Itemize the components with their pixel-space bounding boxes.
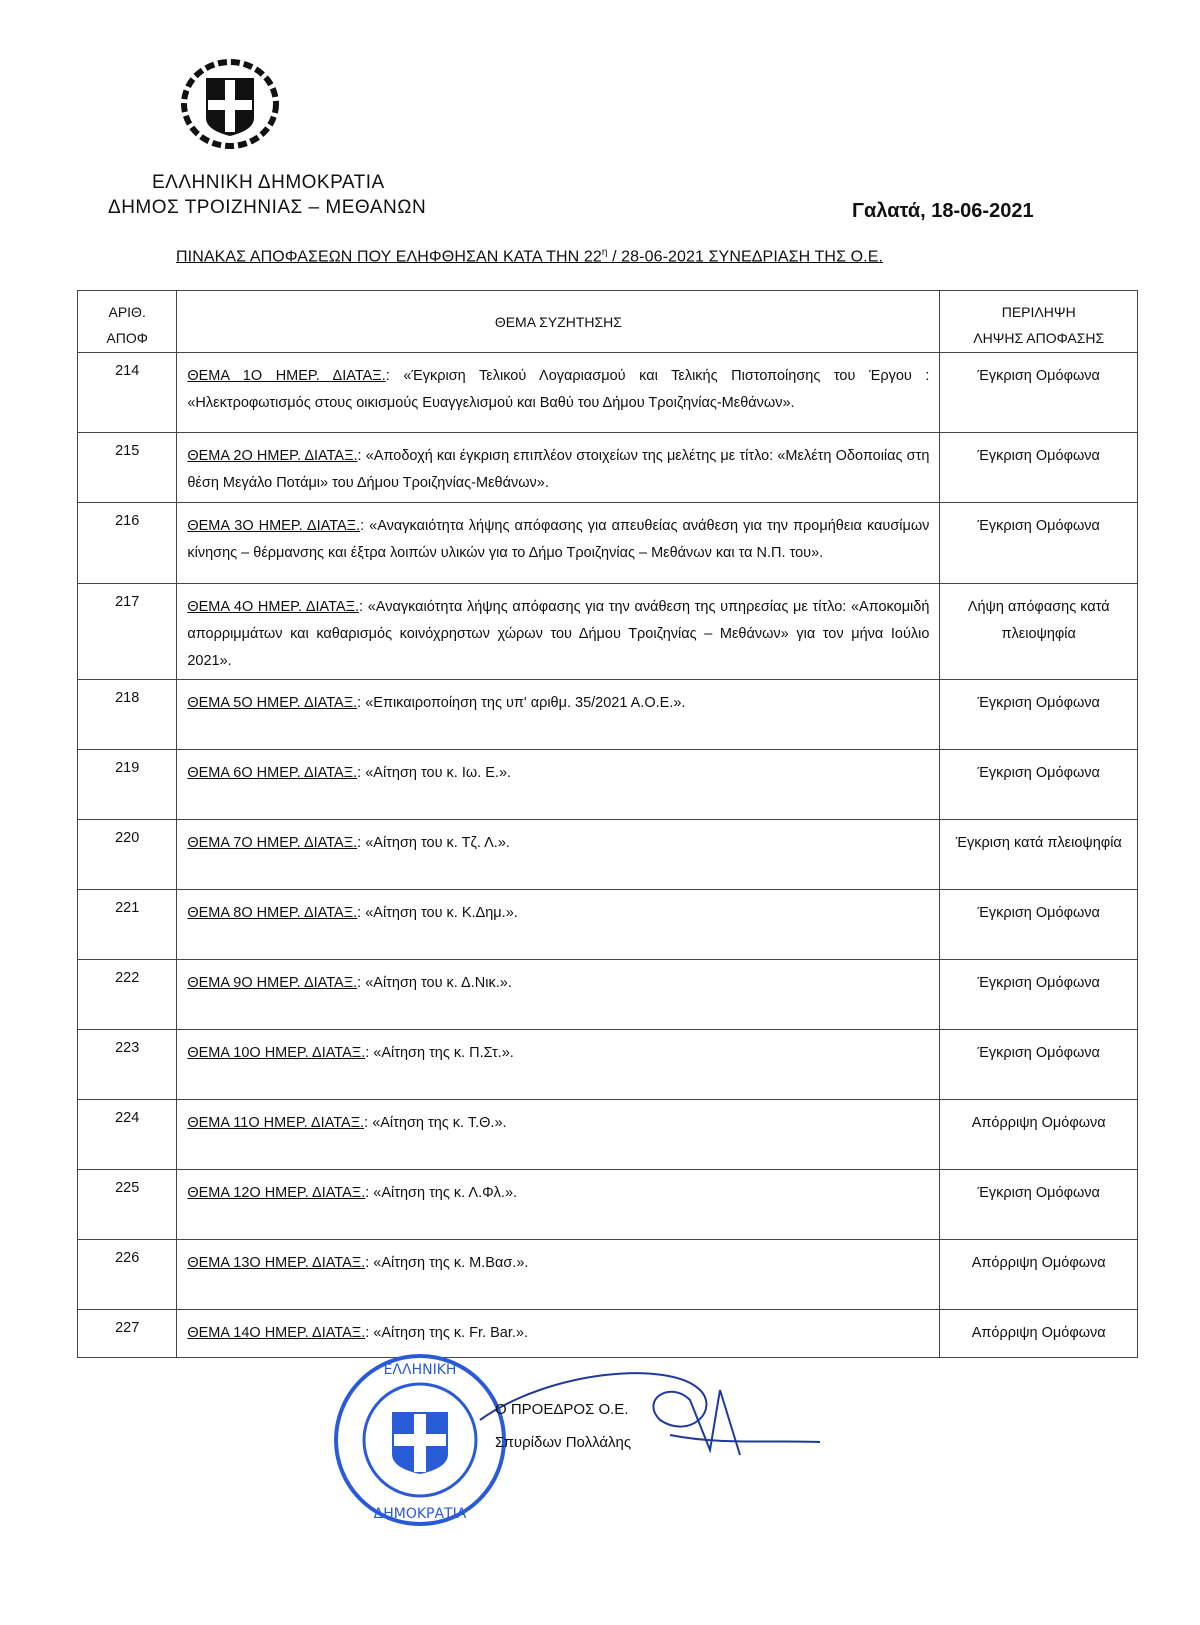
header-decision-number: ΑΡΙΘ. ΑΠΟΦ bbox=[78, 291, 177, 353]
decision-subject: ΘΕΜΑ 7Ο ΗΜΕΡ. ΔΙΑΤΑΞ.: «Αίτηση του κ. Τζ… bbox=[177, 820, 940, 890]
document-title: ΠΙΝΑΚΑΣ ΑΠΟΦΑΣΕΩΝ ΠΟΥ ΕΛΗΦΘΗΣΑΝ ΚΑΤΑ ΤΗΝ… bbox=[176, 247, 883, 266]
agenda-topic-label: ΘΕΜΑ 2Ο ΗΜΕΡ. ΔΙΑΤΑΞ. bbox=[187, 448, 357, 464]
decision-result: Έγκριση Ομόφωνα bbox=[940, 960, 1138, 1030]
subject-text: : «Αίτηση του κ. Τζ. Λ.». bbox=[357, 835, 510, 851]
decision-result: Λήψη απόφασης κατά πλειοψηφία bbox=[940, 584, 1138, 680]
document-date: Γαλατά, 18-06-2021 bbox=[852, 200, 1034, 223]
decision-subject: ΘΕΜΑ 12Ο ΗΜΕΡ. ΔΙΑΤΑΞ.: «Αίτηση της κ. Λ… bbox=[177, 1170, 940, 1240]
decision-subject: ΘΕΜΑ 4Ο ΗΜΕΡ. ΔΙΑΤΑΞ.: «Αναγκαιότητα λήψ… bbox=[177, 584, 940, 680]
decision-number: 226 bbox=[78, 1240, 177, 1310]
table-row: 226ΘΕΜΑ 13Ο ΗΜΕΡ. ΔΙΑΤΑΞ.: «Αίτηση της κ… bbox=[78, 1240, 1138, 1310]
agenda-topic-label: ΘΕΜΑ 3Ο ΗΜΕΡ. ΔΙΑΤΑΞ. bbox=[187, 518, 360, 534]
header-num-line2: ΑΠΟΦ bbox=[78, 325, 176, 351]
header-res-line2: ΛΗΨΗΣ ΑΠΟΦΑΣΗΣ bbox=[940, 325, 1137, 351]
decision-result: Έγκριση Ομόφωνα bbox=[940, 750, 1138, 820]
decision-subject: ΘΕΜΑ 3Ο ΗΜΕΡ. ΔΙΑΤΑΞ.: «Αναγκαιότητα λήψ… bbox=[177, 503, 940, 584]
subject-text: : «Επικαιροποίηση της υπ' αριθμ. 35/2021… bbox=[357, 695, 685, 711]
table-row: 225ΘΕΜΑ 12Ο ΗΜΕΡ. ΔΙΑΤΑΞ.: «Αίτηση της κ… bbox=[78, 1170, 1138, 1240]
table-row: 217ΘΕΜΑ 4Ο ΗΜΕΡ. ΔΙΑΤΑΞ.: «Αναγκαιότητα … bbox=[78, 584, 1138, 680]
decision-result: Έγκριση Ομόφωνα bbox=[940, 503, 1138, 584]
decision-number: 225 bbox=[78, 1170, 177, 1240]
decision-subject: ΘΕΜΑ 2Ο ΗΜΕΡ. ΔΙΑΤΑΞ.: «Αποδοχή και έγκρ… bbox=[177, 433, 940, 503]
decision-number: 216 bbox=[78, 503, 177, 584]
agenda-topic-label: ΘΕΜΑ 5Ο ΗΜΕΡ. ΔΙΑΤΑΞ. bbox=[187, 695, 357, 711]
title-text-end: / 28-06-2021 ΣΥΝΕΔΡΙΑΣΗ ΤΗΣ Ο.Ε. bbox=[608, 248, 883, 265]
agenda-topic-label: ΘΕΜΑ 10Ο ΗΜΕΡ. ΔΙΑΤΑΞ. bbox=[187, 1045, 365, 1061]
header-res-line1: ΠΕΡΙΛΗΨΗ bbox=[940, 299, 1137, 325]
decision-subject: ΘΕΜΑ 9Ο ΗΜΕΡ. ΔΙΑΤΑΞ.: «Αίτηση του κ. Δ.… bbox=[177, 960, 940, 1030]
table-row: 224ΘΕΜΑ 11Ο ΗΜΕΡ. ΔΙΑΤΑΞ.: «Αίτηση της κ… bbox=[78, 1100, 1138, 1170]
decision-subject: ΘΕΜΑ 5Ο ΗΜΕΡ. ΔΙΑΤΑΞ.: «Επικαιροποίηση τ… bbox=[177, 680, 940, 750]
agenda-topic-label: ΘΕΜΑ 8Ο ΗΜΕΡ. ΔΙΑΤΑΞ. bbox=[187, 905, 357, 921]
header-country: ΕΛΛΗΝΙΚΗ ΔΗΜΟΚΡΑΤΙΑ bbox=[152, 172, 385, 194]
table-row: 215ΘΕΜΑ 2Ο ΗΜΕΡ. ΔΙΑΤΑΞ.: «Αποδοχή και έ… bbox=[78, 433, 1138, 503]
decision-number: 219 bbox=[78, 750, 177, 820]
agenda-topic-label: ΘΕΜΑ 7Ο ΗΜΕΡ. ΔΙΑΤΑΞ. bbox=[187, 835, 357, 851]
table-row: 216ΘΕΜΑ 3Ο ΗΜΕΡ. ΔΙΑΤΑΞ.: «Αναγκαιότητα … bbox=[78, 503, 1138, 584]
decision-result: Έγκριση Ομόφωνα bbox=[940, 1170, 1138, 1240]
decision-result: Έγκριση Ομόφωνα bbox=[940, 680, 1138, 750]
svg-text:ΕΛΛΗΝΙΚΗ: ΕΛΛΗΝΙΚΗ bbox=[384, 1362, 457, 1378]
subject-text: : «Αίτηση της κ. Τ.Θ.». bbox=[364, 1115, 506, 1131]
table-row: 223ΘΕΜΑ 10Ο ΗΜΕΡ. ΔΙΑΤΑΞ.: «Αίτηση της κ… bbox=[78, 1030, 1138, 1100]
table-row: 227ΘΕΜΑ 14Ο ΗΜΕΡ. ΔΙΑΤΑΞ.: «Αίτηση της κ… bbox=[78, 1310, 1138, 1358]
decision-number: 222 bbox=[78, 960, 177, 1030]
decision-number: 224 bbox=[78, 1100, 177, 1170]
header-subject: ΘΕΜΑ ΣΥΖΗΤΗΣΗΣ bbox=[177, 291, 940, 353]
decision-number: 220 bbox=[78, 820, 177, 890]
subject-text: : «Αίτηση του κ. Κ.Δημ.». bbox=[357, 905, 518, 921]
agenda-topic-label: ΘΕΜΑ 9Ο ΗΜΕΡ. ΔΙΑΤΑΞ. bbox=[187, 975, 357, 991]
table-row: 219ΘΕΜΑ 6Ο ΗΜΕΡ. ΔΙΑΤΑΞ.: «Αίτηση του κ.… bbox=[78, 750, 1138, 820]
decision-result: Έγκριση Ομόφωνα bbox=[940, 890, 1138, 960]
signature-block: Ο ΠΡΟΕΔΡΟΣ Ο.Ε. Σπυρίδων Πολλάλης bbox=[495, 1393, 631, 1459]
header-num-line1: ΑΡΙΘ. bbox=[78, 299, 176, 325]
decision-subject: ΘΕΜΑ 10Ο ΗΜΕΡ. ΔΙΑΤΑΞ.: «Αίτηση της κ. Π… bbox=[177, 1030, 940, 1100]
table-row: 218ΘΕΜΑ 5Ο ΗΜΕΡ. ΔΙΑΤΑΞ.: «Επικαιροποίησ… bbox=[78, 680, 1138, 750]
table-row: 221ΘΕΜΑ 8Ο ΗΜΕΡ. ΔΙΑΤΑΞ.: «Αίτηση του κ.… bbox=[78, 890, 1138, 960]
header-municipality: ΔΗΜΟΣ ΤΡΟΙΖΗΝΙΑΣ – ΜΕΘΑΝΩΝ bbox=[108, 197, 426, 219]
decision-number: 214 bbox=[78, 353, 177, 433]
decision-number: 227 bbox=[78, 1310, 177, 1358]
decision-result: Έγκριση Ομόφωνα bbox=[940, 433, 1138, 503]
subject-text: : «Αίτηση της κ. Fr. Bar.». bbox=[365, 1325, 528, 1341]
agenda-topic-label: ΘΕΜΑ 11Ο ΗΜΕΡ. ΔΙΑΤΑΞ. bbox=[187, 1115, 364, 1131]
decision-number: 217 bbox=[78, 584, 177, 680]
decision-subject: ΘΕΜΑ 11Ο ΗΜΕΡ. ΔΙΑΤΑΞ.: «Αίτηση της κ. Τ… bbox=[177, 1100, 940, 1170]
header-result: ΠΕΡΙΛΗΨΗ ΛΗΨΗΣ ΑΠΟΦΑΣΗΣ bbox=[940, 291, 1138, 353]
decision-subject: ΘΕΜΑ 6Ο ΗΜΕΡ. ΔΙΑΤΑΞ.: «Αίτηση του κ. Ιω… bbox=[177, 750, 940, 820]
decision-subject: ΘΕΜΑ 14Ο ΗΜΕΡ. ΔΙΑΤΑΞ.: «Αίτηση της κ. F… bbox=[177, 1310, 940, 1358]
agenda-topic-label: ΘΕΜΑ 1Ο ΗΜΕΡ. ΔΙΑΤΑΞ. bbox=[187, 368, 385, 384]
subject-text: : «Αίτηση της κ. Π.Στ.». bbox=[365, 1045, 514, 1061]
table-row: 222ΘΕΜΑ 9Ο ΗΜΕΡ. ΔΙΑΤΑΞ.: «Αίτηση του κ.… bbox=[78, 960, 1138, 1030]
decisions-table: ΑΡΙΘ. ΑΠΟΦ ΘΕΜΑ ΣΥΖΗΤΗΣΗΣ ΠΕΡΙΛΗΨΗ ΛΗΨΗΣ… bbox=[77, 290, 1138, 1358]
decision-result: Έγκριση κατά πλειοψηφία bbox=[940, 820, 1138, 890]
subject-text: : «Αίτηση της κ. Λ.Φλ.». bbox=[365, 1185, 517, 1201]
decision-result: Έγκριση Ομόφωνα bbox=[940, 353, 1138, 433]
signatory-role: Ο ΠΡΟΕΔΡΟΣ Ο.Ε. bbox=[495, 1393, 631, 1426]
decision-number: 223 bbox=[78, 1030, 177, 1100]
decision-number: 218 bbox=[78, 680, 177, 750]
svg-text:ΔΗΜΟΚΡΑΤΙΑ: ΔΗΜΟΚΡΑΤΙΑ bbox=[374, 1506, 467, 1522]
greek-coat-of-arms-icon bbox=[180, 58, 280, 150]
decision-subject: ΘΕΜΑ 13Ο ΗΜΕΡ. ΔΙΑΤΑΞ.: «Αίτηση της κ. Μ… bbox=[177, 1240, 940, 1310]
table-row: 214ΘΕΜΑ 1Ο ΗΜΕΡ. ΔΙΑΤΑΞ.: «Έγκριση Τελικ… bbox=[78, 353, 1138, 433]
decision-result: Απόρριψη Ομόφωνα bbox=[940, 1100, 1138, 1170]
agenda-topic-label: ΘΕΜΑ 4Ο ΗΜΕΡ. ΔΙΑΤΑΞ. bbox=[187, 599, 359, 615]
subject-text: : «Αίτηση του κ. Δ.Νικ.». bbox=[357, 975, 512, 991]
subject-text: : «Αίτηση του κ. Ιω. Ε.». bbox=[357, 765, 511, 781]
signatory-name: Σπυρίδων Πολλάλης bbox=[495, 1426, 631, 1459]
decision-subject: ΘΕΜΑ 8Ο ΗΜΕΡ. ΔΙΑΤΑΞ.: «Αίτηση του κ. Κ.… bbox=[177, 890, 940, 960]
decision-subject: ΘΕΜΑ 1Ο ΗΜΕΡ. ΔΙΑΤΑΞ.: «Έγκριση Τελικού … bbox=[177, 353, 940, 433]
subject-text: : «Αίτηση της κ. Μ.Βασ.». bbox=[365, 1255, 528, 1271]
decision-number: 215 bbox=[78, 433, 177, 503]
agenda-topic-label: ΘΕΜΑ 14Ο ΗΜΕΡ. ΔΙΑΤΑΞ. bbox=[187, 1325, 365, 1341]
decision-result: Έγκριση Ομόφωνα bbox=[940, 1030, 1138, 1100]
table-row: 220ΘΕΜΑ 7Ο ΗΜΕΡ. ΔΙΑΤΑΞ.: «Αίτηση του κ.… bbox=[78, 820, 1138, 890]
decision-result: Απόρριψη Ομόφωνα bbox=[940, 1240, 1138, 1310]
title-text: ΠΙΝΑΚΑΣ ΑΠΟΦΑΣΕΩΝ ΠΟΥ ΕΛΗΦΘΗΣΑΝ ΚΑΤΑ ΤΗΝ… bbox=[176, 248, 602, 265]
agenda-topic-label: ΘΕΜΑ 12Ο ΗΜΕΡ. ΔΙΑΤΑΞ. bbox=[187, 1185, 365, 1201]
agenda-topic-label: ΘΕΜΑ 13Ο ΗΜΕΡ. ΔΙΑΤΑΞ. bbox=[187, 1255, 365, 1271]
agenda-topic-label: ΘΕΜΑ 6Ο ΗΜΕΡ. ΔΙΑΤΑΞ. bbox=[187, 765, 357, 781]
decision-number: 221 bbox=[78, 890, 177, 960]
decision-result: Απόρριψη Ομόφωνα bbox=[940, 1310, 1138, 1358]
